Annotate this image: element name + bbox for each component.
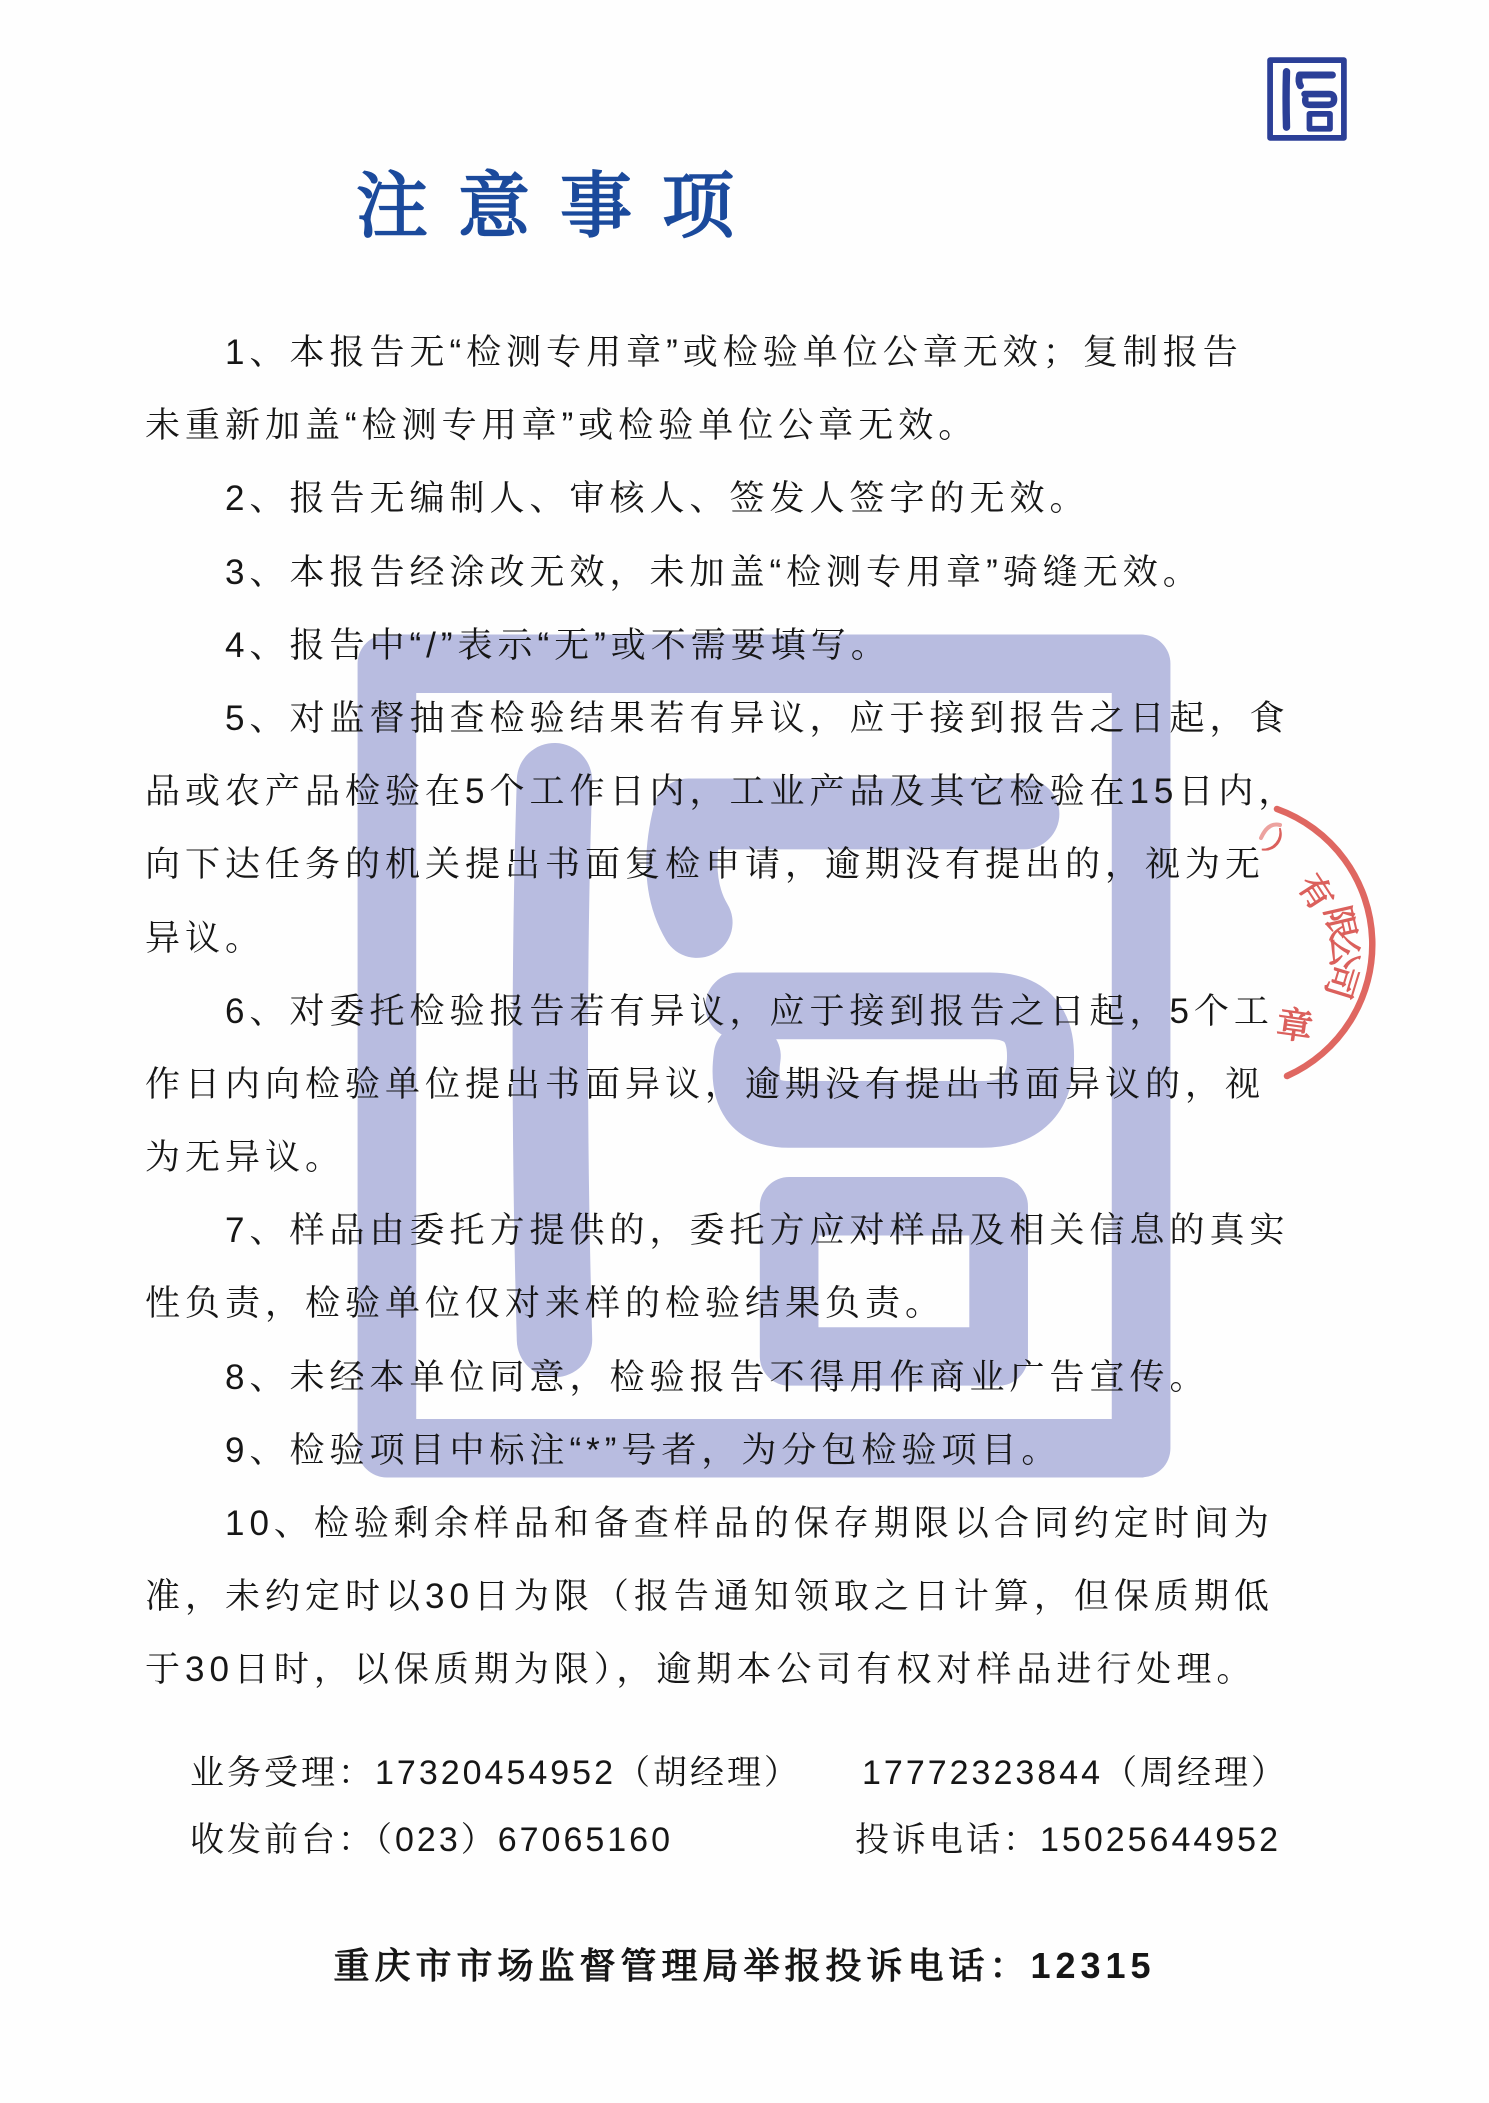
note-line: 向下达任务的机关提出书面复检申请，逾期没有提出的，视为无 [145,828,1375,901]
note-line: 于30日时，以保质期为限），逾期本公司有权对样品进行处理。 [145,1633,1375,1706]
note-line: 9、检验项目中标注“*”号者，为分包检验项目。 [145,1414,1375,1487]
note-line: 性负责，检验单位仅对来样的检验结果负责。 [145,1267,1375,1340]
notice-page: 注意事项 1、本报告无“检测专用章”或检验单位公章无效；复制报告 未重新加盖“检… [0,0,1489,2103]
note-line: 准，未约定时以30日为限（报告通知领取之日计算，但保质期低 [145,1560,1375,1633]
note-line: 4、报告中“/”表示“无”或不需要填写。 [145,609,1375,682]
note-line: 10、检验剩余样品和备查样品的保存期限以合同约定时间为 [145,1487,1375,1560]
note-line: 5、对监督抽查检验结果若有异议，应于接到报告之日起，食 [145,682,1375,755]
note-line: 为无异议。 [145,1121,1375,1194]
note-line: 8、未经本单位同意，检验报告不得用作商业广告宣传。 [145,1341,1375,1414]
note-line: 未重新加盖“检测专用章”或检验单位公章无效。 [145,389,1375,462]
note-line: 异议。 [145,902,1375,975]
regulator-hotline: 重庆市市场监督管理局举报投诉电话：12315 [0,1938,1489,1989]
seal-logo-icon [1266,56,1348,142]
note-line: 品或农产品检验在5个工作日内，工业产品及其它检验在15日内， [145,755,1375,828]
note-line: 7、样品由委托方提供的，委托方应对样品及相关信息的真实 [145,1194,1375,1267]
note-line: 2、报告无编制人、审核人、签发人签字的无效。 [145,462,1375,535]
page-title: 注意事项 [170,148,950,252]
note-line: 6、对委托检验报告若有异议，应于接到报告之日起，5个工 [145,975,1375,1048]
contact-business-2: 17772323844（周经理） [862,1745,1288,1794]
contact-business: 业务受理：17320454952（胡经理） [190,1745,801,1794]
note-line: 1、本报告无“检测专用章”或检验单位公章无效；复制报告 [145,316,1375,389]
contact-front-desk: 收发前台：（023）67065160 [190,1812,673,1861]
note-line: 3、本报告经涂改无效，未加盖“检测专用章”骑缝无效。 [145,536,1375,609]
note-line: 作日内向检验单位提出书面异议，逾期没有提出书面异议的，视 [145,1048,1375,1121]
notes-section: 1、本报告无“检测专用章”或检验单位公章无效；复制报告 未重新加盖“检测专用章”… [145,316,1375,1707]
contact-complaint: 投诉电话：15025644952 [855,1812,1281,1861]
